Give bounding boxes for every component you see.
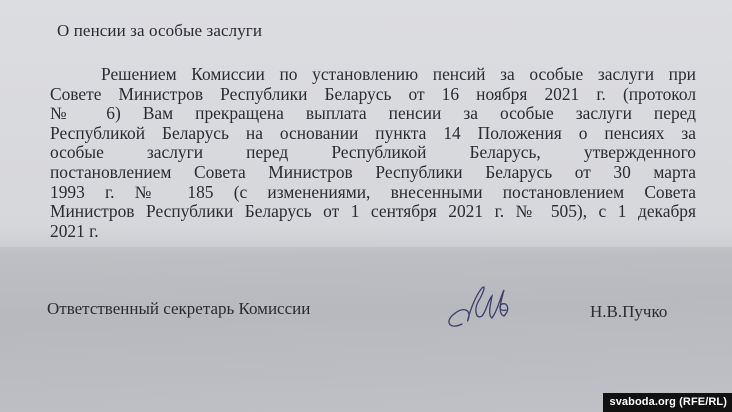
body-line: Министров Республики Беларусь от 1 сентя… xyxy=(50,202,696,222)
document-subject: О пенсии за особые заслуги xyxy=(57,21,262,41)
source-watermark: svaboda.org (RFE/RL) xyxy=(603,393,732,412)
signatory-name: Н.В.Пучко xyxy=(590,302,667,322)
signatory-role: Ответственный секретарь Комиссии xyxy=(47,299,310,319)
body-line: особые заслуги перед Республикой Беларус… xyxy=(50,143,696,163)
body-line: 1993 г. № 185 (с изменениями, внесенными… xyxy=(50,183,696,203)
body-line: 2021 г. xyxy=(50,222,696,242)
document-body: Решением Комиссии по установлению пенсий… xyxy=(50,65,696,241)
body-line: Республикой Беларусь на основании пункта… xyxy=(50,124,696,144)
handwritten-signature-icon xyxy=(442,280,522,336)
body-line: Совете Министров Республики Беларусь от … xyxy=(50,85,696,105)
body-line: Решением Комиссии по установлению пенсий… xyxy=(50,65,696,85)
body-line: постановлением Совета Министров Республи… xyxy=(50,163,696,183)
paper-fold-shadow xyxy=(0,247,732,412)
body-line: № 6) Вам прекращена выплата пенсии за ос… xyxy=(50,104,696,124)
